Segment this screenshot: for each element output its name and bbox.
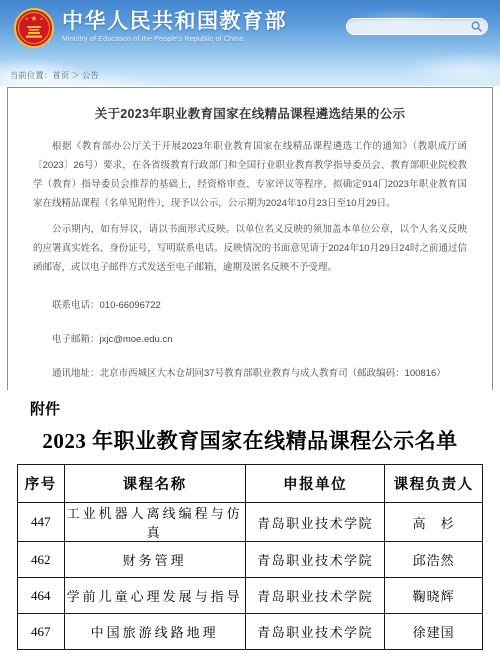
site-brand[interactable]: ★ ★ ★ 中华人民共和国教育部 Ministry of Education o… <box>14 8 287 48</box>
search-icon[interactable] <box>471 21 482 32</box>
attachment-document: 附件 2023 年职业教育国家在线精品课程公示名单 序号 课程名称 申报单位 课… <box>0 390 500 650</box>
cell-unit: 青岛职业技术学院 <box>245 614 385 650</box>
breadcrumb-home-link[interactable]: 首页 <box>53 71 70 80</box>
brand-text: 中华人民共和国教育部 Ministry of Education of the … <box>62 8 287 43</box>
announcement-paragraph-1: 根据《教育部办公厅关于开展2023年职业教育国家在线精品课程遴选工作的通知》（教… <box>33 137 467 213</box>
cell-serial: 447 <box>18 503 65 542</box>
table-row: 447 工业机器人离线编程与仿真 青岛职业技术学院 高 杉 <box>18 503 483 542</box>
contact-email-line: 电子邮箱：jxjc@moe.edu.cn <box>33 331 467 345</box>
site-subtitle: Ministry of Education of the People's Re… <box>62 36 287 43</box>
cell-unit: 青岛职业技术学院 <box>245 503 385 542</box>
column-header-person: 课程负责人 <box>385 465 483 503</box>
announcement-content-box: 关于2023年职业教育国家在线精品课程遴选结果的公示 根据《教育部办公厅关于开展… <box>7 87 493 390</box>
column-header-unit: 申报单位 <box>245 465 385 503</box>
table-row: 462 财务管理 青岛职业技术学院 邱浩然 <box>18 542 483 578</box>
svg-text:★: ★ <box>25 16 29 21</box>
cell-unit: 青岛职业技术学院 <box>245 578 385 614</box>
cell-course: 中国旅游线路地理 <box>64 614 245 650</box>
site-header: ★ ★ ★ 中华人民共和国教育部 Ministry of Education o… <box>0 0 500 86</box>
announcement-title: 关于2023年职业教育国家在线精品课程遴选结果的公示 <box>33 104 467 122</box>
attachment-heading: 附件 <box>30 398 484 419</box>
announcement-paragraph-2: 公示期内，如有异议，请以书面形式反映。以单位名义反映的须加盖本单位公章，以个人名… <box>33 220 467 277</box>
breadcrumb: 当前位置：首页＞公告 <box>10 70 99 81</box>
site-title: 中华人民共和国教育部 <box>62 10 287 33</box>
cell-serial: 462 <box>18 542 65 578</box>
column-header-course: 课程名称 <box>64 465 245 503</box>
cell-course: 工业机器人离线编程与仿真 <box>64 503 245 542</box>
cell-serial: 467 <box>18 614 65 650</box>
contact-phone-line: 联系电话：010-66096722 <box>33 297 467 311</box>
cell-course: 学前儿童心理发展与指导 <box>64 578 245 614</box>
search-input[interactable] <box>346 18 488 35</box>
column-header-serial: 序号 <box>18 465 65 503</box>
cell-person: 鞠晓辉 <box>385 578 483 614</box>
attachment-document-title: 2023 年职业教育国家在线精品课程公示名单 <box>16 425 484 455</box>
cell-unit: 青岛职业技术学院 <box>245 542 385 578</box>
cell-person: 徐建国 <box>385 614 483 650</box>
svg-text:★: ★ <box>40 16 44 21</box>
cell-person: 高 杉 <box>385 503 483 542</box>
breadcrumb-label: 当前位置： <box>10 71 53 80</box>
contact-address-line: 通讯地址：北京市西城区大木仓胡同37号教育部职业教育与成人教育司（邮政编码：10… <box>33 365 467 379</box>
cell-serial: 464 <box>18 578 65 614</box>
national-emblem-icon: ★ ★ ★ <box>14 8 54 48</box>
breadcrumb-separator: ＞ <box>72 71 81 80</box>
cell-course: 财务管理 <box>64 542 245 578</box>
breadcrumb-current: 公告 <box>82 71 99 80</box>
table-row: 464 学前儿童心理发展与指导 青岛职业技术学院 鞠晓辉 <box>18 578 483 614</box>
table-row: 467 中国旅游线路地理 青岛职业技术学院 徐建国 <box>18 614 483 650</box>
cell-person: 邱浩然 <box>385 542 483 578</box>
svg-text:★: ★ <box>30 14 37 23</box>
table-header-row: 序号 课程名称 申报单位 课程负责人 <box>18 465 483 503</box>
course-table: 序号 课程名称 申报单位 课程负责人 447 工业机器人离线编程与仿真 青岛职业… <box>17 464 483 650</box>
moe-webpage-screenshot: ★ ★ ★ 中华人民共和国教育部 Ministry of Education o… <box>0 0 500 390</box>
